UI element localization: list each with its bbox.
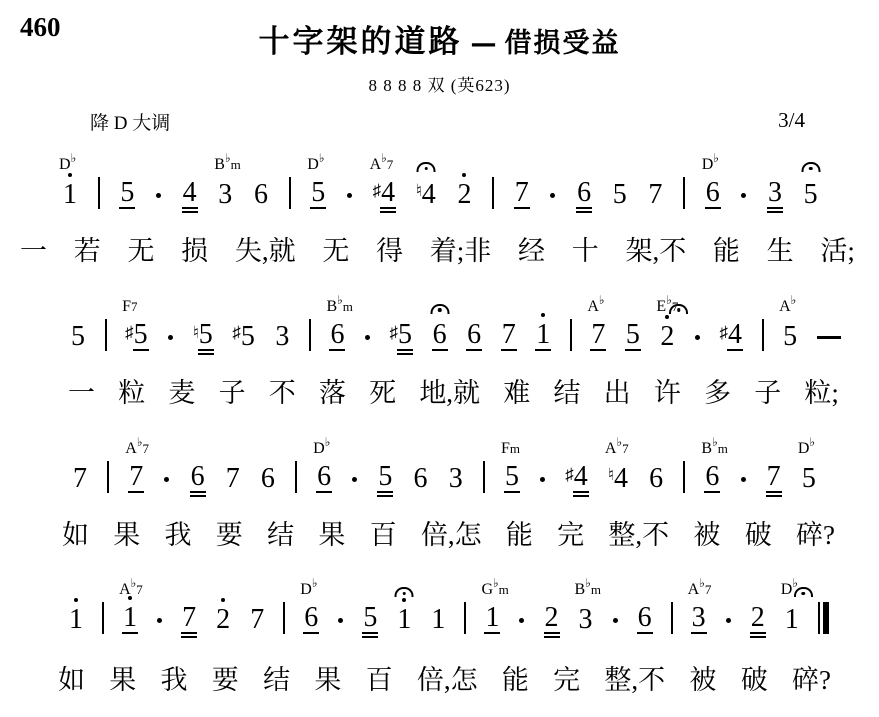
note-digit: 4	[727, 321, 743, 351]
note-digit: 1	[122, 604, 138, 634]
lyric-syllable: 我	[161, 664, 188, 698]
note-digit: 5	[803, 181, 819, 209]
note-digit: 3	[274, 323, 290, 351]
note-digit: 2	[456, 181, 472, 209]
lyric-syllable: 粒;	[804, 377, 839, 411]
note-digit: 2	[544, 604, 560, 634]
note-token: 7	[72, 465, 88, 493]
chord-suffix: m	[591, 582, 601, 597]
fermata-icon	[801, 162, 820, 172]
note-token: 5	[119, 179, 135, 209]
note-token: D♭6	[303, 604, 319, 634]
note-digit: 1	[62, 181, 78, 209]
octave-dot	[402, 598, 406, 602]
barline	[570, 319, 572, 351]
note-token: 5	[803, 181, 819, 209]
final-barline-thin	[818, 602, 820, 634]
flat-icon: ♭	[713, 151, 719, 165]
flat-icon: ♭	[809, 435, 815, 449]
note-token: D♭1	[784, 606, 800, 634]
flat-icon: ♭	[319, 151, 325, 165]
note-digit: 7	[766, 463, 782, 493]
lyric-syllable: 难	[503, 377, 530, 411]
chord-suffix: 7	[387, 157, 394, 172]
lyric-syllable: 得	[376, 235, 403, 269]
fermata-icon	[395, 587, 414, 597]
note-token: 6	[648, 465, 664, 493]
note-digit: 2	[750, 604, 766, 634]
chord-root: D	[702, 156, 714, 173]
chord-root: D	[59, 156, 71, 173]
lyric-syllable: 碎?	[792, 664, 831, 698]
flat-icon: ♭	[325, 435, 331, 449]
note-token: 7	[181, 604, 197, 634]
lyric-syllable: 多	[704, 377, 731, 411]
lyric-syllable: 生	[767, 235, 794, 269]
octave-dot	[665, 315, 669, 319]
barline	[492, 177, 494, 209]
augmentation-dot	[519, 618, 524, 623]
note-digit: 1	[535, 321, 551, 351]
note-digit: 6	[466, 321, 482, 351]
lyric-syllable: 果	[109, 664, 136, 698]
lyric-syllable: 如	[58, 664, 85, 698]
note-token: 6	[253, 181, 269, 209]
augmentation-dot	[726, 618, 731, 623]
key-signature: 降 D 大调	[90, 108, 170, 135]
barline	[309, 319, 311, 351]
note-token: 7	[766, 463, 782, 493]
note-digit: 5	[133, 321, 149, 351]
note-digit: 6	[637, 604, 653, 634]
octave-dot	[221, 598, 225, 602]
note-token: G♭m1	[484, 604, 500, 634]
chord-root: G	[481, 581, 493, 598]
augmentation-dot	[550, 193, 555, 198]
note-token: 6	[190, 463, 206, 493]
chord-root: A	[688, 581, 700, 598]
augmentation-dot	[168, 335, 173, 340]
note-digit: 1	[68, 606, 84, 634]
note-token: 7	[501, 321, 517, 351]
chord-label: A♭	[587, 294, 604, 315]
chord-root: F	[501, 440, 510, 457]
note-digit: 3	[217, 181, 233, 209]
chord-suffix: m	[499, 582, 509, 597]
chord-root: D	[300, 581, 312, 598]
time-signature: 3/4	[778, 108, 805, 135]
chord-label: G♭m	[481, 577, 508, 598]
lyric-syllable: 百	[370, 519, 397, 553]
chord-label: F7	[122, 299, 137, 315]
note-digit: 5	[310, 179, 326, 209]
note-token: 6	[637, 604, 653, 634]
note-token: ♮5	[193, 321, 214, 351]
barline	[102, 602, 104, 634]
note-token: B♭m3	[578, 606, 594, 634]
note-token: 5	[625, 321, 641, 351]
chord-label: A♭7	[125, 436, 149, 457]
note-token: A♭7	[590, 321, 606, 351]
lyric-syllable: 整,不	[608, 519, 669, 553]
lyric-syllable: 如	[62, 519, 89, 553]
note-digit: 5	[362, 604, 378, 634]
note-token: ♯4	[565, 463, 589, 493]
chord-label: B♭m	[214, 152, 240, 173]
note-digit: 4	[380, 179, 396, 209]
note-token: 5	[377, 463, 393, 493]
note-digit: 2	[659, 323, 675, 351]
chord-root: B	[214, 156, 225, 173]
note-token: D♭6	[316, 463, 332, 493]
note-digit: 5	[504, 463, 520, 493]
chord-label: D♭	[313, 436, 330, 457]
note-digit: 1	[484, 604, 500, 634]
augmentation-dot	[741, 477, 746, 482]
note-digit: 5	[240, 323, 256, 351]
note-digit: 5	[397, 321, 413, 351]
lyric-syllable: 无	[322, 235, 349, 269]
note-digit: 7	[590, 321, 606, 351]
augmentation-dot	[157, 618, 162, 623]
lyric-syllable: 破	[745, 519, 772, 553]
note-token: 6	[413, 465, 429, 493]
note-token: 2	[456, 181, 472, 209]
chord-label: A♭7	[119, 577, 143, 598]
lyric-syllable: 要	[216, 519, 243, 553]
note-token: F7♯5	[125, 321, 149, 351]
chord-root: A	[605, 440, 617, 457]
lyric-syllable: 不	[269, 377, 296, 411]
chord-root: A	[587, 298, 599, 315]
fermata-icon	[794, 587, 813, 597]
augmentation-dot	[741, 193, 746, 198]
lyric-syllable: 被	[693, 519, 720, 553]
chord-root: D	[781, 581, 793, 598]
hymn-sheet-page: 460 十字架的道路—借损受益 8 8 8 8 双 (英623) 降 D 大调 …	[0, 0, 879, 717]
chord-label: D♭	[300, 577, 317, 598]
chord-root: A	[370, 156, 382, 173]
note-token: 7	[514, 179, 530, 209]
note-digit: 7	[647, 181, 663, 209]
barline	[762, 319, 764, 351]
augmentation-dot	[540, 477, 545, 482]
note-digit: 4	[421, 181, 437, 209]
note-digit: 6	[190, 463, 206, 493]
lyric-syllable: 我	[165, 519, 192, 553]
lyric-syllable: 粒	[118, 377, 145, 411]
lyric-syllable: 死	[369, 377, 396, 411]
note-token: 2	[750, 604, 766, 634]
note-digit: 1	[430, 606, 446, 634]
chord-suffix: 7	[131, 299, 138, 314]
note-token: 2	[215, 606, 231, 634]
note-digit: 6	[316, 463, 332, 493]
augmentation-dot	[347, 193, 352, 198]
chord-root: E	[656, 298, 666, 315]
lyric-syllable: 麦	[168, 377, 195, 411]
note-token: A♭7♮4	[608, 465, 629, 493]
note-token: ♯5	[232, 323, 256, 351]
lyric-syllable: 能	[713, 235, 740, 269]
augmentation-dot	[338, 618, 343, 623]
note-token: D♭5	[310, 179, 326, 209]
augmentation-dot	[365, 335, 370, 340]
note-token: ♯5	[390, 321, 414, 351]
note-digit: 6	[413, 465, 429, 493]
note-token: B♭m3	[217, 181, 233, 209]
octave-dot	[541, 313, 545, 317]
chord-root: F	[122, 298, 131, 315]
chord-label: D♭	[702, 152, 719, 173]
chord-suffix: 7	[705, 582, 712, 597]
final-barline-thick	[823, 602, 829, 634]
chord-label: A♭	[779, 294, 796, 315]
note-token: 3	[767, 179, 783, 209]
barline	[671, 602, 673, 634]
music-line-3: 7A♭77676D♭6563Fm5♯4A♭7♮46B♭m67D♭5	[72, 457, 817, 493]
lyric-syllable: 结	[267, 519, 294, 553]
note-digit: 7	[501, 321, 517, 351]
lyric-syllable: 失,就	[235, 235, 296, 269]
key-time-row: 降 D 大调 3/4	[90, 108, 805, 135]
note-digit: 1	[784, 606, 800, 634]
lyric-syllable: 地,就	[419, 377, 480, 411]
lyric-syllable: 十	[572, 235, 599, 269]
note-token: D♭6	[705, 179, 721, 209]
lyric-syllable: 落	[319, 377, 346, 411]
chord-suffix: m	[343, 299, 353, 314]
lyric-syllable: 完	[557, 519, 584, 553]
lyric-syllable: 整,不	[604, 664, 665, 698]
lyric-syllable: 子	[219, 377, 246, 411]
chord-label: D♭	[798, 436, 815, 457]
lyric-syllable: 倍,怎	[421, 519, 482, 553]
lyric-line-2: 一粒麦子不落死地,就难结出许多子粒;	[68, 377, 839, 411]
note-digit: 3	[691, 604, 707, 634]
note-token: 4	[182, 179, 198, 209]
note-token: D♭5	[801, 465, 817, 493]
final-barline	[818, 602, 829, 634]
note-token: A♭7♯4	[373, 179, 397, 209]
fermata-icon	[430, 304, 449, 314]
note-digit: 5	[377, 463, 393, 493]
note-token: B♭m6	[704, 463, 720, 493]
lyric-syllable: 架,不	[625, 235, 686, 269]
lyric-syllable: 果	[318, 519, 345, 553]
lyric-syllable: 百	[366, 664, 393, 698]
lyric-syllable: 结	[263, 664, 290, 698]
note-digit: 6	[329, 321, 345, 351]
lyric-syllable: 果	[314, 664, 341, 698]
note-digit: 6	[432, 321, 448, 351]
note-digit: 6	[253, 181, 269, 209]
note-token: ♮4	[416, 181, 437, 209]
note-token: 6	[432, 321, 448, 351]
lyric-syllable: 出	[604, 377, 631, 411]
lyric-syllable: 经	[518, 235, 545, 269]
barline	[295, 461, 297, 493]
note-digit: 5	[70, 323, 86, 351]
hymn-subtitle: 借损受益	[505, 28, 621, 59]
flat-icon: ♭	[312, 576, 318, 590]
note-token: A♭77	[128, 463, 144, 493]
augmentation-dot	[695, 335, 700, 340]
note-token: D♭1	[62, 181, 78, 209]
chord-root: D	[313, 440, 325, 457]
title-row: 十字架的道路—借损受益	[0, 0, 879, 61]
lyric-syllable: 倍,怎	[417, 664, 478, 698]
note-digit: 2	[215, 606, 231, 634]
lyric-syllable: 一	[68, 377, 95, 411]
held-note-dash	[817, 336, 841, 339]
note-digit: 5	[801, 465, 817, 493]
chord-label: D♭	[59, 152, 76, 173]
chord-suffix: m	[718, 441, 728, 456]
lyric-syllable: 被	[689, 664, 716, 698]
note-digit: 4	[573, 463, 589, 493]
chord-label: D♭	[307, 152, 324, 173]
note-digit: 7	[72, 465, 88, 493]
note-token: B♭m6	[329, 321, 345, 351]
chord-label: A♭7	[370, 152, 394, 173]
chord-label: B♭m	[575, 577, 601, 598]
chord-label: A♭7	[688, 577, 712, 598]
lyric-syllable: 子	[754, 377, 781, 411]
note-digit: 6	[260, 465, 276, 493]
note-token: 7	[647, 181, 663, 209]
augmentation-dot	[164, 477, 169, 482]
octave-dot	[128, 596, 132, 600]
note-digit: 5	[782, 323, 798, 351]
chord-root: A	[779, 298, 791, 315]
note-token: 6	[576, 179, 592, 209]
lyric-syllable: 能	[506, 519, 533, 553]
note-token: A♭73	[691, 604, 707, 634]
augmentation-dot	[613, 618, 618, 623]
note-digit: 3	[448, 465, 464, 493]
lyric-syllable: 着;非	[430, 235, 492, 269]
barline	[107, 461, 109, 493]
flat-icon: ♭	[71, 151, 77, 165]
lyric-syllable: 活;	[820, 235, 855, 269]
note-digit: 5	[119, 179, 135, 209]
music-line-2: 5F7♯5♮5♯53B♭m6♯56671A♭75E♭72♯4A♭5	[70, 315, 841, 351]
note-digit: 6	[705, 179, 721, 209]
barline	[464, 602, 466, 634]
lyric-syllable: 完	[553, 664, 580, 698]
lyric-syllable: 果	[113, 519, 140, 553]
chord-suffix: 7	[143, 441, 150, 456]
barline	[289, 177, 291, 209]
note-token: 2	[544, 604, 560, 634]
fermata-icon	[417, 162, 436, 172]
note-digit: 4	[182, 179, 198, 209]
note-digit: 3	[578, 606, 594, 634]
lyric-syllable: 无	[127, 235, 154, 269]
barline	[105, 319, 107, 351]
chord-suffix: m	[510, 441, 520, 456]
chord-suffix: m	[231, 157, 241, 172]
note-digit: 5	[198, 321, 214, 351]
note-token: 5	[362, 604, 378, 634]
music-line-1: D♭154B♭m36D♭5A♭7♯4♮427657D♭635	[62, 173, 819, 209]
note-token: 1	[396, 606, 412, 634]
note-token: 7	[225, 465, 241, 493]
augmentation-dot	[156, 193, 161, 198]
note-token: 1	[535, 321, 551, 351]
chord-root: A	[125, 440, 137, 457]
note-digit: 6	[303, 604, 319, 634]
music-line-4: 1A♭71727D♭6511G♭m12B♭m36A♭732D♭1	[68, 598, 829, 634]
chord-label: B♭m	[701, 436, 727, 457]
note-digit: 7	[514, 179, 530, 209]
note-token: 6	[466, 321, 482, 351]
chord-root: B	[701, 440, 712, 457]
chord-root: D	[307, 156, 319, 173]
chord-label: A♭7	[605, 436, 629, 457]
note-digit: 7	[249, 606, 265, 634]
lyric-line-3: 如果我要结果百倍,怎能完整,不被破碎?	[62, 519, 835, 553]
barline	[683, 177, 685, 209]
lyric-line-1: 一若无损失,就无得着;非经十架,不能生活;	[20, 235, 855, 269]
chord-label: Fm	[501, 441, 520, 457]
chord-suffix: 7	[622, 441, 629, 456]
note-token: ♯4	[720, 321, 744, 351]
note-digit: 5	[612, 181, 628, 209]
chord-root: D	[798, 440, 810, 457]
note-token: A♭71	[122, 604, 138, 634]
note-digit: 7	[128, 463, 144, 493]
note-digit: 7	[225, 465, 241, 493]
lyric-syllable: 一	[20, 235, 47, 269]
augmentation-dot	[352, 477, 357, 482]
barline	[683, 461, 685, 493]
chord-root: B	[575, 581, 586, 598]
hymn-number: 460	[20, 12, 61, 43]
lyric-syllable: 若	[74, 235, 101, 269]
flat-icon: ♭	[599, 293, 605, 307]
barline	[98, 177, 100, 209]
note-digit: 7	[181, 604, 197, 634]
note-token: 1	[430, 606, 446, 634]
note-token: 5	[612, 181, 628, 209]
note-digit: 1	[396, 606, 412, 634]
octave-dot	[462, 173, 466, 177]
note-token: 6	[260, 465, 276, 493]
note-digit: 6	[648, 465, 664, 493]
lyric-syllable: 要	[212, 664, 239, 698]
lyric-line-4: 如果我要结果百倍,怎能完整,不被破碎?	[58, 664, 831, 698]
note-token: E♭72	[659, 323, 675, 351]
lyric-syllable: 许	[654, 377, 681, 411]
lyric-syllable: 破	[741, 664, 768, 698]
note-digit: 6	[576, 179, 592, 209]
chord-suffix: 7	[136, 582, 143, 597]
octave-dot	[68, 173, 72, 177]
barline	[283, 602, 285, 634]
octave-dot	[74, 598, 78, 602]
note-digit: 4	[613, 465, 629, 493]
title-dash: —	[471, 29, 497, 59]
fermata-icon	[669, 304, 688, 314]
flat-icon: ♭	[791, 293, 797, 307]
note-token: 7	[249, 606, 265, 634]
note-token: A♭5	[782, 323, 798, 351]
note-token: 1	[68, 606, 84, 634]
note-token: 3	[448, 465, 464, 493]
note-token: Fm5	[504, 463, 520, 493]
